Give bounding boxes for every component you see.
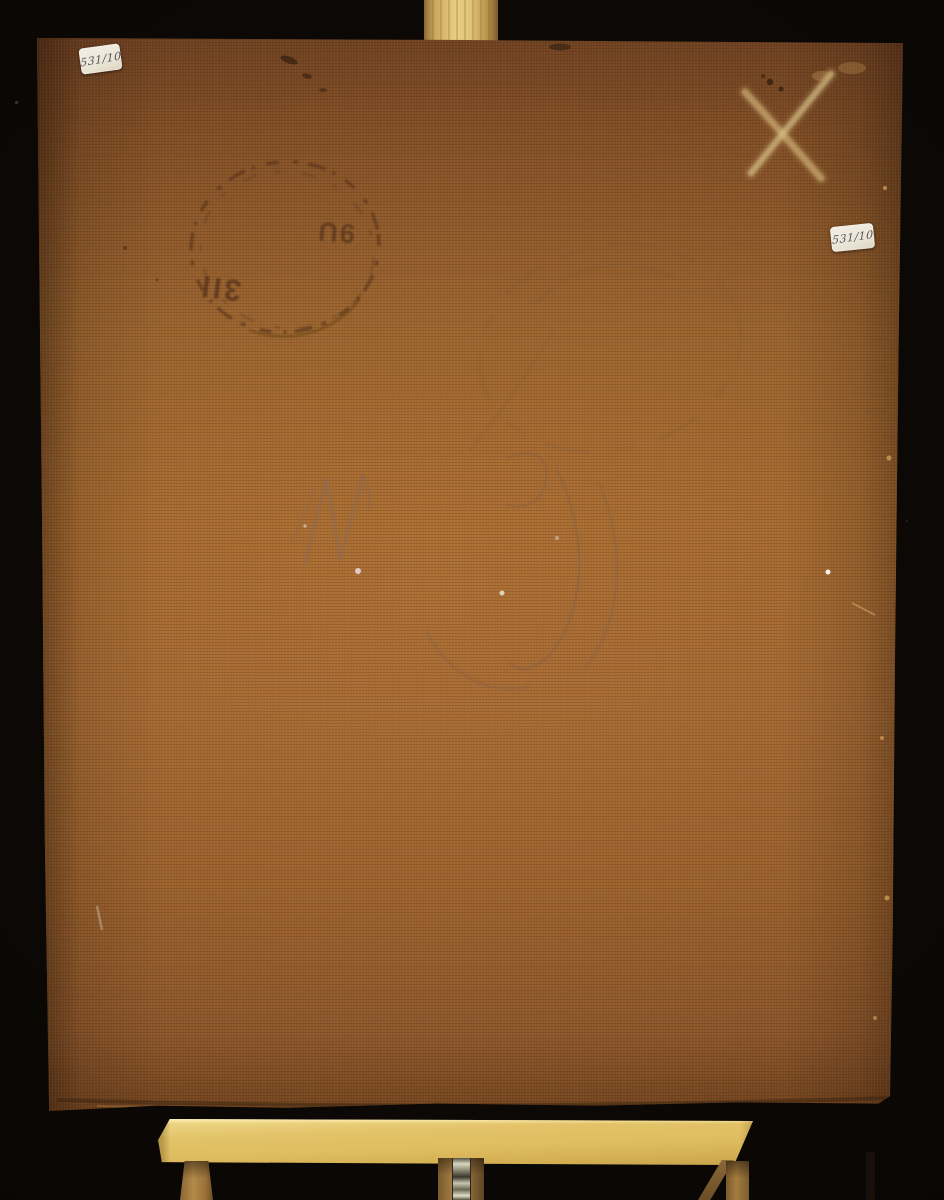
inventory-sticker-right: 531/10 (830, 223, 875, 252)
pencil-scribbles (292, 217, 763, 689)
dust-speck (906, 520, 908, 522)
dark-smudges (123, 44, 784, 282)
dust-speck (15, 101, 18, 104)
surface-flecks (57, 62, 892, 1111)
photo-backdrop: 3II 9U (0, 0, 944, 1200)
easel-leg-right (726, 1161, 749, 1200)
board-surface-marks: 3II 9U (37, 38, 903, 1111)
painting-board-verso: 3II 9U (37, 38, 903, 1111)
inventory-number: 531/10 (80, 49, 122, 69)
easel-upper-post (424, 0, 498, 44)
stamp-left-characters: 3II (197, 269, 243, 307)
chalk-x-mark (745, 74, 831, 178)
easel-hinge-metal (452, 1158, 471, 1200)
easel-leg-shadow (866, 1152, 875, 1200)
inventory-number: 531/10 (832, 228, 874, 247)
easel-center-post (438, 1158, 484, 1200)
stamp-right-characters: 9U (315, 216, 356, 249)
circular-stamp: 3II 9U (180, 150, 390, 345)
easel-leg-left (180, 1161, 213, 1200)
